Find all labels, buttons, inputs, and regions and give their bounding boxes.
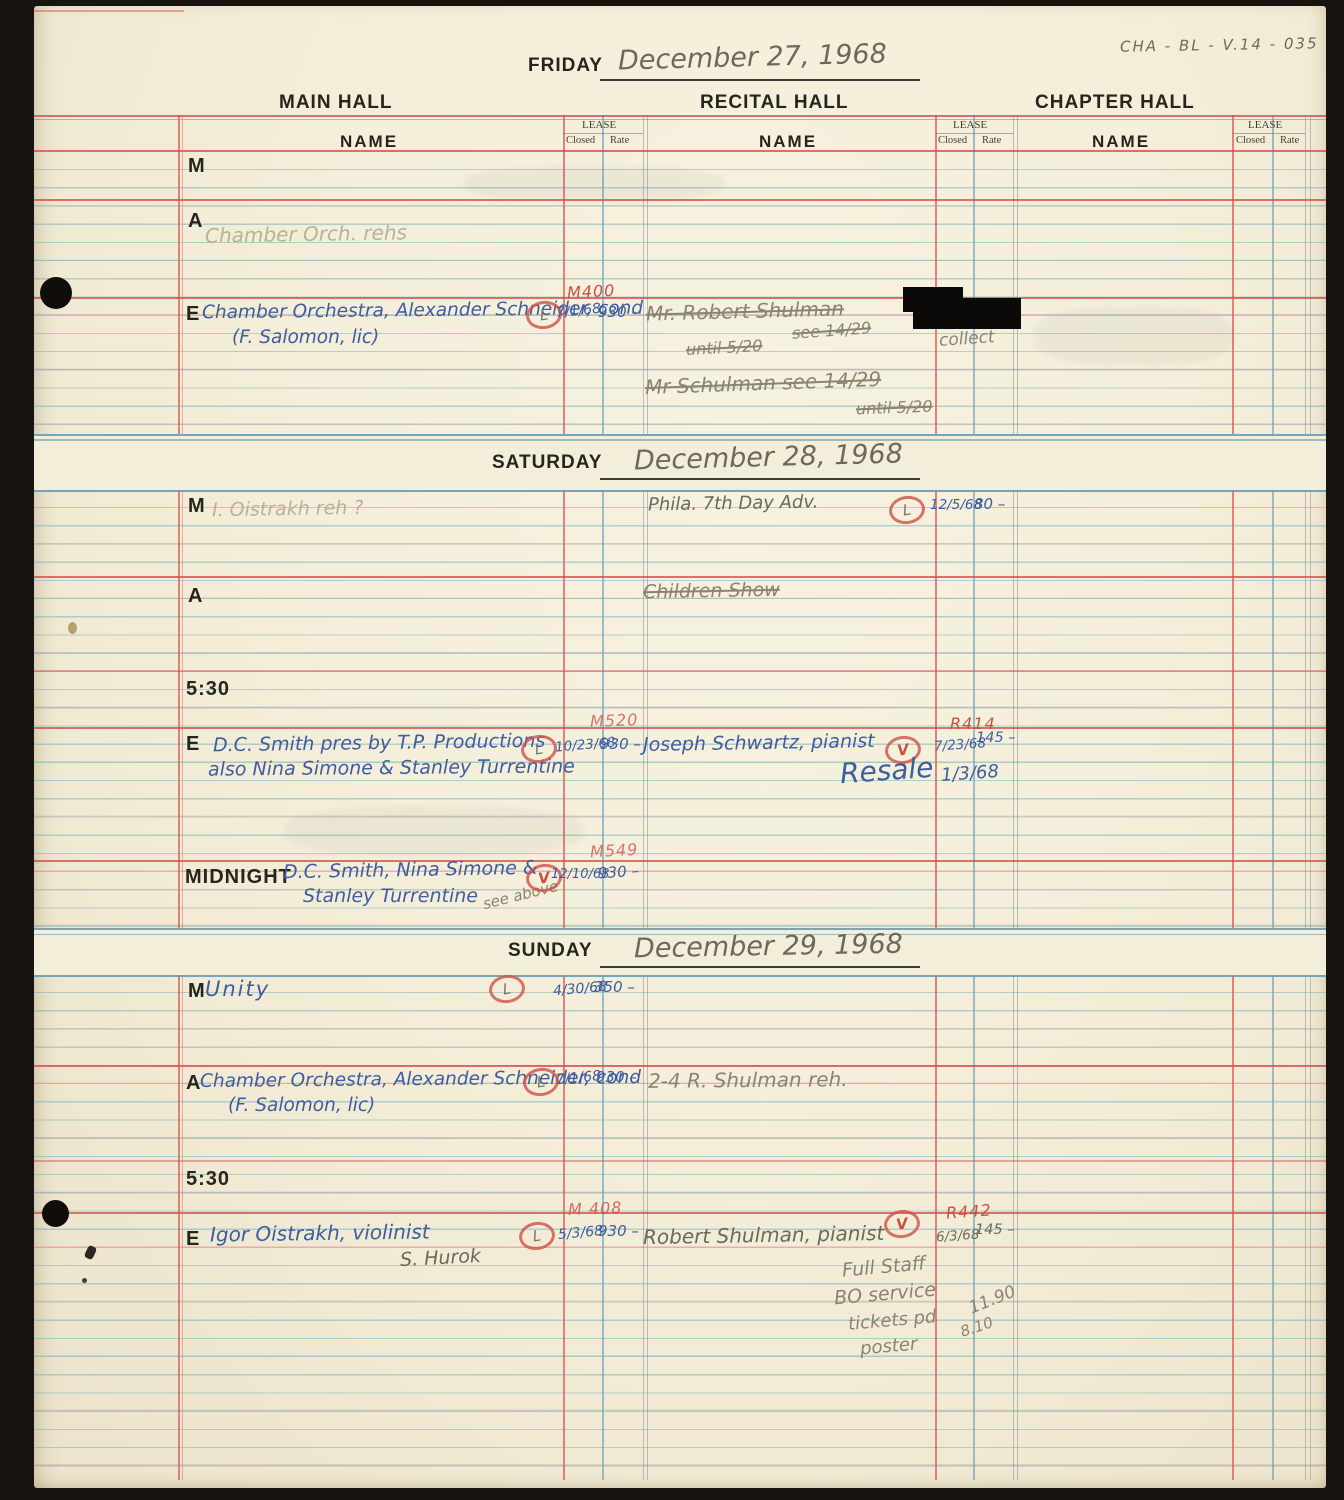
closed-header-recital: Closed xyxy=(938,135,967,146)
saturday-e-booking-no: M520 xyxy=(590,710,639,731)
mark-letter: L xyxy=(539,306,550,325)
sunday-e-recital-name: Robert Shulman, pianist xyxy=(643,1221,885,1249)
row-line xyxy=(34,1212,1326,1214)
row-label-m: M xyxy=(188,155,206,178)
sunday-e-rate: 930 – xyxy=(598,1222,639,1240)
sunday-e-recital-closed: 6/3/68 xyxy=(935,1227,979,1246)
bleedthrough-smudge xyxy=(1034,306,1234,366)
mark-letter: L xyxy=(534,740,545,759)
scanned-ledger-page: CHA - BL - V.14 - 035 FRIDAY December 27… xyxy=(0,0,1344,1500)
hall-heading-recital: RECITAL HALL xyxy=(700,92,849,114)
redaction-box xyxy=(913,298,1021,329)
row-label-530: 5:30 xyxy=(186,678,230,701)
row-line xyxy=(34,576,1326,578)
column-line xyxy=(1305,115,1306,1480)
friday-e-recital-cancelled-3: until 5/20 xyxy=(686,336,763,359)
archive-ref-number: CHA - BL - V.14 - 035 xyxy=(1120,34,1319,55)
date-underline xyxy=(600,966,920,968)
sunday-e-recital-booking-no: R442 xyxy=(945,1200,992,1222)
lease-underline xyxy=(563,133,643,134)
midnight-booking-no: M549 xyxy=(590,840,639,862)
row-label-530: 5:30 xyxy=(186,1168,230,1191)
row-label-e: E xyxy=(186,733,200,756)
row-label-e: E xyxy=(186,303,200,326)
section-line xyxy=(34,490,1326,492)
name-header-chapter: NAME xyxy=(1092,132,1150,152)
row-label-m: M xyxy=(188,495,206,518)
sunday-e-main-name: Igor Oistrakh, violinist xyxy=(210,1219,430,1246)
mark-letter: L xyxy=(502,980,513,999)
sunday-a-rate: 930 – xyxy=(596,1068,637,1086)
lease-underline xyxy=(935,133,1013,134)
row-label-midnight: MIDNIGHT xyxy=(185,866,292,889)
saturday-m-main-note: I. Oistrakh reh ? xyxy=(212,497,364,522)
paper-stain xyxy=(68,622,77,634)
row-label-a: A xyxy=(188,210,203,233)
saturday-a-recital-cancelled: Children Show xyxy=(643,579,780,603)
column-line xyxy=(1310,115,1311,1480)
date-underline xyxy=(600,478,920,480)
saturday-e-recital-name: Joseph Schwartz, pianist xyxy=(643,730,875,756)
lease-header-recital: LEASE xyxy=(953,119,987,131)
saturday-e-resale-note: Resale xyxy=(839,751,935,790)
saturday-e-recital-rate: 145 – xyxy=(976,730,1016,746)
rate-header-recital: Rate xyxy=(982,135,1001,146)
closed-header-chapter: Closed xyxy=(1236,135,1265,146)
rate-header-chapter: Rate xyxy=(1280,135,1299,146)
header-line xyxy=(34,115,1326,117)
name-header-main: NAME xyxy=(340,132,398,152)
row-line xyxy=(34,1065,1326,1067)
sunday-m-rate: 350 – xyxy=(594,978,635,996)
bleedthrough-smudge xyxy=(464,166,724,202)
sunday-e-booking-no: M 408 xyxy=(568,1198,623,1219)
saturday-m-recital-name: Phila. 7th Day Adv. xyxy=(648,492,819,516)
row-label-m: M xyxy=(188,980,206,1003)
row-line xyxy=(34,1160,1326,1162)
sunday-a-main-name2: (F. Salomon, lic) xyxy=(228,1095,375,1116)
sunday-e-agent: S. Hurok xyxy=(399,1245,481,1271)
row-line xyxy=(34,670,1326,672)
sunday-date-handwritten: December 29, 1968 xyxy=(634,929,903,965)
sunday-e-recital-rate: 145 – xyxy=(975,1222,1015,1238)
lease-header-main: LEASE xyxy=(582,119,616,131)
friday-e-recital-cancelled-5: until 5/20 xyxy=(856,397,933,419)
hall-heading-main: MAIN HALL xyxy=(279,92,392,114)
sunday-m-main-name: Unity xyxy=(205,977,270,1001)
sunday-a-recital-note: 2-4 R. Shulman reh. xyxy=(648,1067,848,1093)
friday-label: FRIDAY xyxy=(528,55,603,77)
friday-e-collect-note: collect xyxy=(938,327,995,351)
friday-a-note: Chamber Orch. rehs xyxy=(205,220,407,248)
mark-letter: V xyxy=(895,1214,909,1233)
section-line xyxy=(34,434,1326,436)
row-line xyxy=(34,10,184,12)
friday-date-handwritten: December 27, 1968 xyxy=(618,38,888,76)
header-line xyxy=(34,119,1326,121)
column-line xyxy=(1232,115,1234,1480)
mark-letter: L xyxy=(536,1073,547,1092)
name-header-recital: NAME xyxy=(759,132,817,152)
saturday-e-main-name: D.C. Smith pres by T.P. Productions xyxy=(213,730,546,757)
rate-header-main: Rate xyxy=(610,135,629,146)
lease-header-chapter: LEASE xyxy=(1248,119,1282,131)
date-underline xyxy=(600,79,920,81)
hall-heading-chapter: CHAPTER HALL xyxy=(1035,92,1195,114)
row-line xyxy=(34,860,1326,862)
mark-letter: L xyxy=(532,1227,543,1246)
sunday-label: SUNDAY xyxy=(508,940,593,962)
column-line xyxy=(643,115,644,1480)
punch-hole xyxy=(42,1200,69,1227)
row-label-e: E xyxy=(186,1228,200,1251)
row-line xyxy=(34,727,1326,729)
column-line xyxy=(1272,115,1274,1480)
saturday-e-main-name2: also Nina Simone & Stanley Turrentine xyxy=(208,755,575,780)
mark-letter: L xyxy=(902,501,913,520)
saturday-e-resale-date: 1/3/68 xyxy=(940,761,999,786)
friday-e-main-name2: (F. Salomon, lic) xyxy=(232,327,379,348)
midnight-name1: D.C. Smith, Nina Simone & xyxy=(283,857,538,883)
midnight-name2: Stanley Turrentine xyxy=(303,885,478,907)
saturday-e-rate: 930 – xyxy=(600,735,641,753)
lease-underline xyxy=(1232,133,1305,134)
midnight-rate: 930 – xyxy=(597,862,639,883)
section-line xyxy=(34,928,1326,930)
paper-sheet: CHA - BL - V.14 - 035 FRIDAY December 27… xyxy=(34,6,1326,1488)
column-line xyxy=(178,115,180,1480)
ruled-area-saturday xyxy=(34,490,1326,928)
section-line xyxy=(34,439,1326,441)
column-line xyxy=(182,115,183,1480)
row-label-a: A xyxy=(188,585,203,608)
friday-e-rate: 930 – xyxy=(598,303,639,321)
bleedthrough-smudge xyxy=(284,806,584,856)
mark-letter: V xyxy=(537,868,551,887)
paper-speck xyxy=(82,1278,87,1283)
friday-e-booking-no: M400 xyxy=(567,281,616,303)
closed-header-main: Closed xyxy=(566,135,595,146)
row-line xyxy=(34,297,1326,299)
punch-hole xyxy=(40,277,72,309)
saturday-m-rate: 80 – xyxy=(974,495,1005,513)
saturday-label: SATURDAY xyxy=(492,452,602,474)
